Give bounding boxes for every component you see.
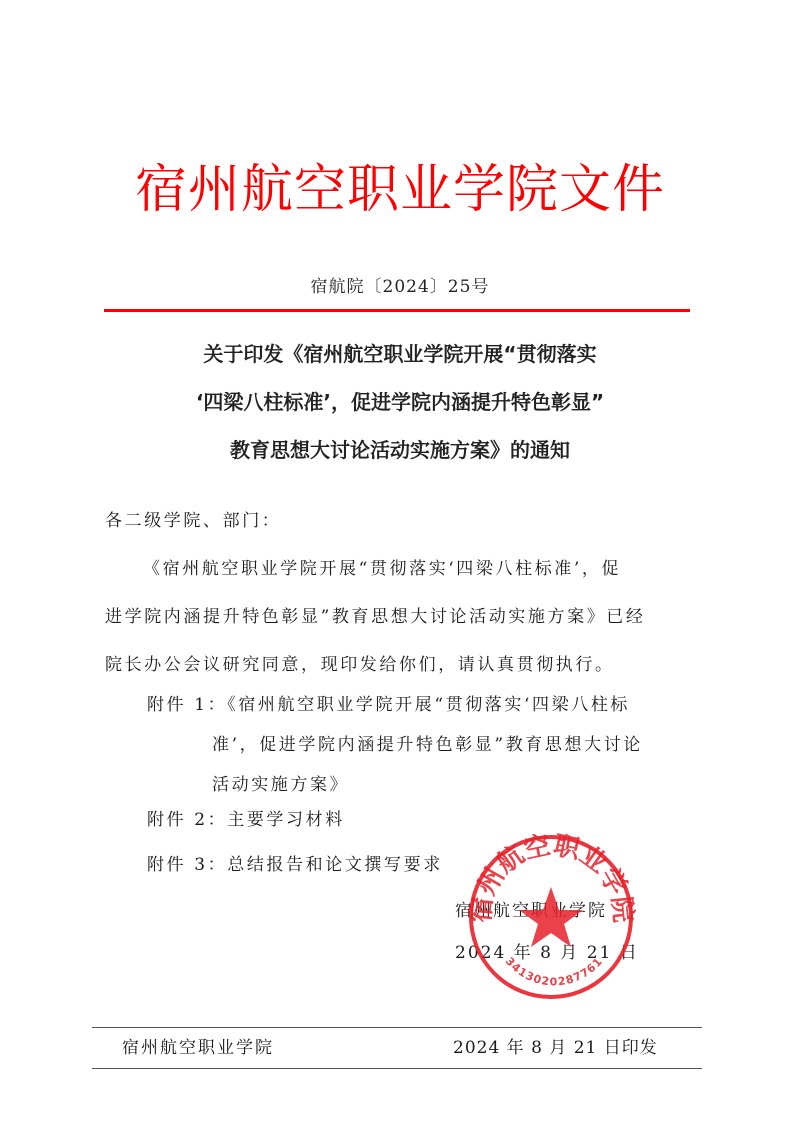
document-number: 宿航院〔2024〕25号 [100,272,700,297]
body-paragraph: 《宿州航空职业学院开展“贯彻落实‘四梁八柱标准’，促 进学院内涵提升特色彰显”教… [105,545,695,689]
masthead-title: 宿州航空职业学院文件 [100,150,700,230]
footer-issue-date: 2024 年 8 月 21 日印发 [453,1033,658,1058]
footer-divider-bottom [92,1068,702,1069]
attachment-line: 准’，促进学院内涵提升特色彰显”教育思想大讨论 [147,725,707,765]
paragraph-line: 《宿州航空职业学院开展“贯彻落实‘四梁八柱标准’，促 [105,545,695,593]
notice-title: 关于印发《宿州航空职业学院开展“贯彻落实 ‘四梁八柱标准’，促进学院内涵提升特色… [120,330,680,474]
salutation: 各二级学院、部门： [105,497,695,545]
official-seal-icon: 宿州航空职业学院 3413020287761 [466,832,636,1002]
attachment-line: 附件 1：《宿州航空职业学院开展“贯彻落实‘四梁八柱标 [147,685,707,725]
attachment-1: 附件 1：《宿州航空职业学院开展“贯彻落实‘四梁八柱标 准’，促进学院内涵提升特… [147,685,707,805]
footer-issuer: 宿州航空职业学院 [122,1033,274,1058]
red-divider [104,309,690,312]
attachment-line: 活动实施方案》 [147,765,707,805]
document-page: 宿州航空职业学院文件 宿航院〔2024〕25号 关于印发《宿州航空职业学院开展“… [0,0,793,1122]
svg-text:3413020287761: 3413020287761 [503,955,606,989]
title-line: ‘四梁八柱标准’，促进学院内涵提升特色彰显” [120,378,680,426]
footer-divider-top [92,1027,702,1028]
paragraph-line: 院长办公会议研究同意，现印发给你们，请认真贯彻执行。 [105,641,695,689]
seal-code: 3413020287761 [503,955,606,989]
title-line: 教育思想大讨论活动实施方案》的通知 [120,426,680,474]
paragraph-line: 进学院内涵提升特色彰显”教育思想大讨论活动实施方案》已经 [105,593,695,641]
title-line: 关于印发《宿州航空职业学院开展“贯彻落实 [120,330,680,378]
